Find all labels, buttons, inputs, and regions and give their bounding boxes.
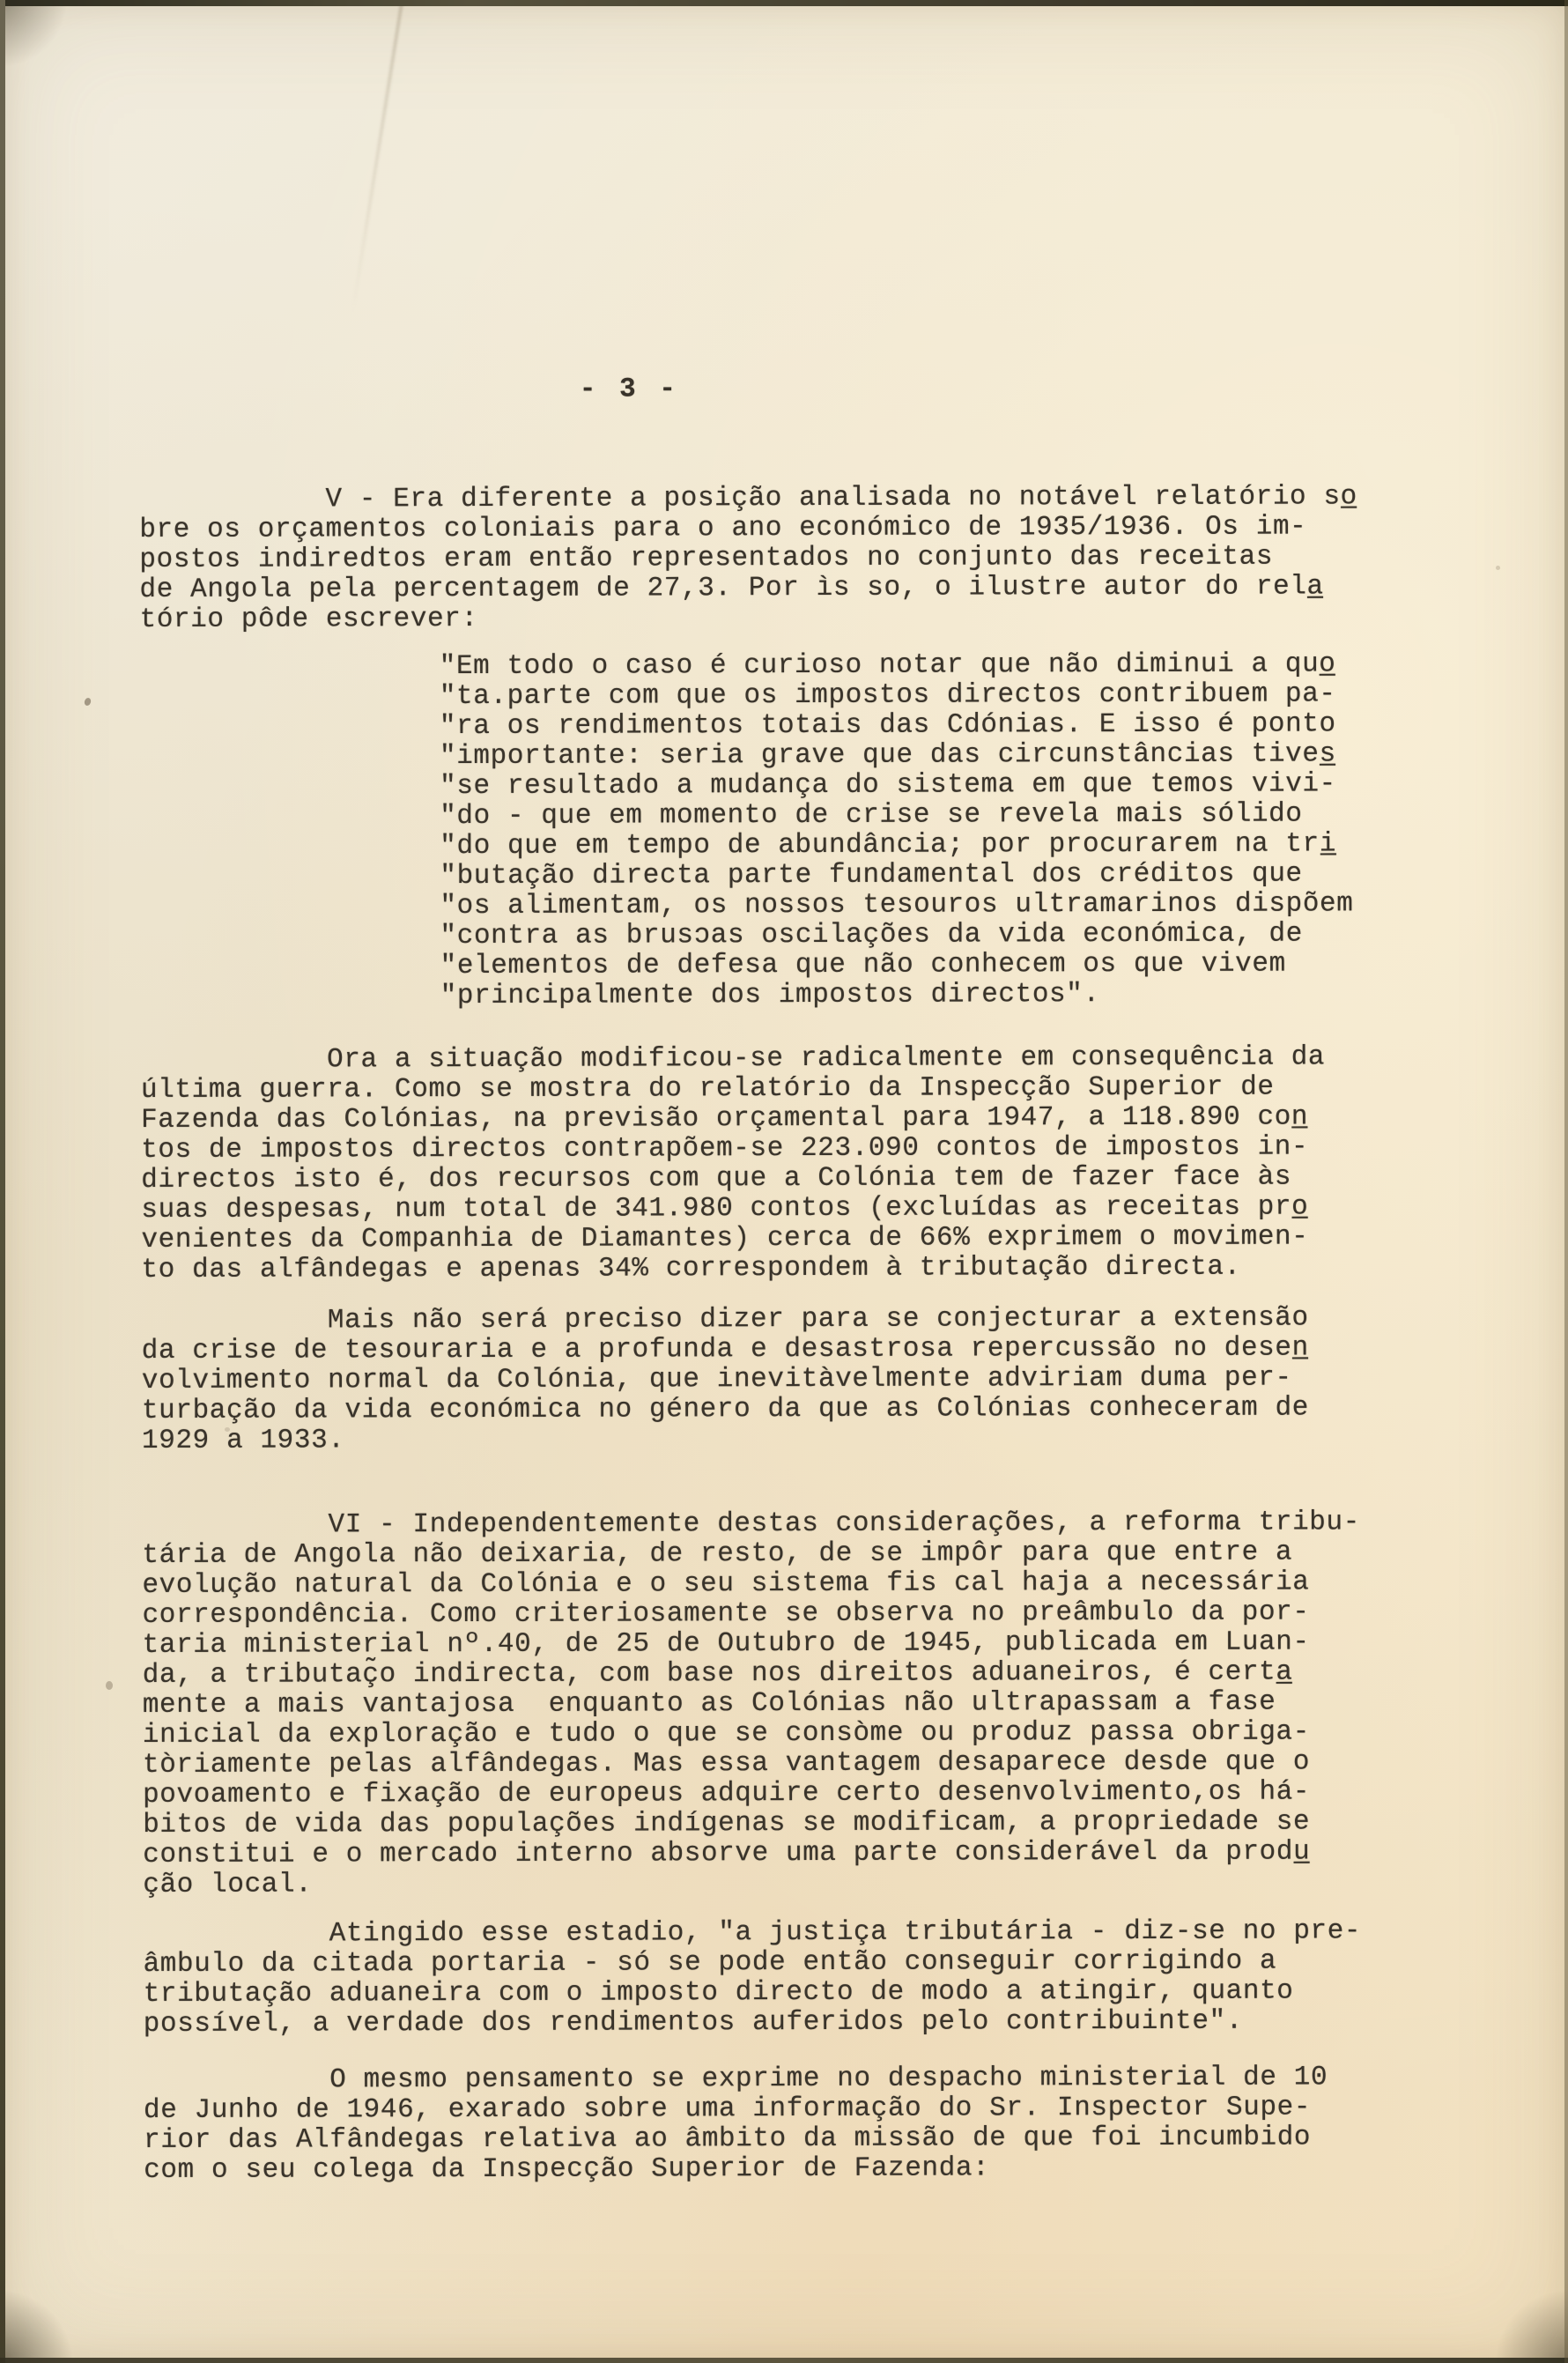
block-quote: "Em todo o caso é curioso notar que não … (440, 649, 1471, 1011)
page-edge-right (1564, 0, 1568, 2363)
page-corner-shadow (0, 0, 79, 79)
paragraph-mais-nao-sera: Mais não será preciso dizer para se conj… (142, 1303, 1472, 1456)
paragraph-atingido-esse-estadio: Atingido esse estadio, "a justiça tribut… (143, 1916, 1473, 2040)
paragraph-ora-a-situacao: Ora a situação modificou-se radicalmente… (141, 1042, 1472, 1285)
paragraph-o-mesmo-pensamento: O mesmo pensamento se exprime no despach… (144, 2063, 1474, 2186)
page-corner-shadow (0, 2284, 79, 2363)
paragraph-section-vi: VI - Independentemente destas consideraç… (142, 1507, 1473, 1900)
paper-speck (84, 697, 92, 707)
page-corner-shadow (1489, 2284, 1568, 2363)
document-page: - 3 - V - Era diferente a posição analis… (0, 0, 1568, 2363)
page-edge-left (0, 0, 5, 2363)
text-column: - 3 - V - Era diferente a posição analis… (138, 0, 1474, 2186)
paper-speck (106, 1681, 113, 1690)
paragraph-section-v: V - Era diferente a posição analisada no… (139, 482, 1469, 635)
page-edge-top (0, 0, 1568, 6)
page-edge-bottom (0, 2358, 1568, 2363)
paper-speck (1496, 566, 1500, 570)
page-number: - 3 - (580, 373, 1469, 405)
